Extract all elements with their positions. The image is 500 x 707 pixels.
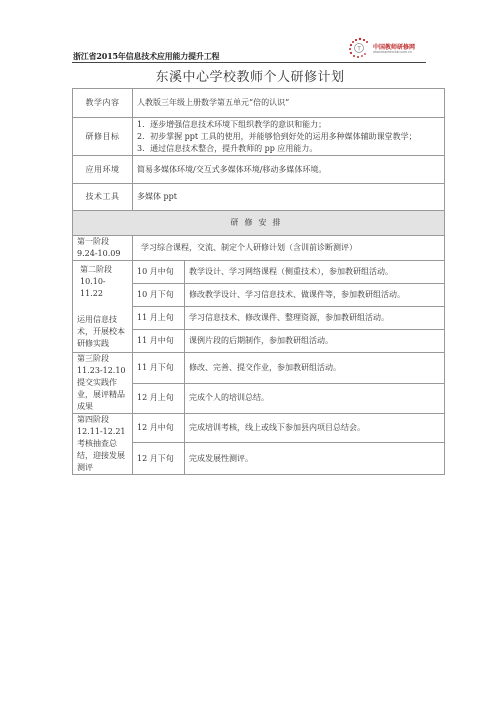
stage-desc: 运用信息技术，开展校本研修实践 — [77, 314, 128, 350]
logo-swirl-icon: T — [347, 37, 373, 59]
period: 10 月下旬 — [133, 284, 185, 307]
period: 12 月中旬 — [133, 414, 185, 443]
stage-dates: 10.10-11.22 — [77, 276, 128, 300]
activity: 修改教学设计、学习信息技术、做课件等，参加教研组活动。 — [185, 284, 445, 307]
stage-4-cell: 第四阶段 12.11-12.21 考核抽查总结，迎接发展测评 — [73, 414, 133, 475]
activity: 完成个人的培训总结。 — [185, 383, 445, 414]
header-project-name: 浙江省2015年信息技术应用能力提升工程 — [73, 51, 219, 62]
stage-name: 第二阶段 — [77, 264, 128, 276]
label-tools: 技术工具 — [73, 184, 133, 211]
stage-2-cell: 第二阶段 10.10-11.22 运用信息技术，开展校本研修实践 — [73, 261, 133, 353]
logo: T 中国教师研修网 www.teacherclub.com.cn — [347, 37, 427, 59]
row-environment: 应用环境 简易多媒体环境/交互式多媒体环境/移动多媒体环境。 — [73, 156, 445, 184]
period: 11 月中旬 — [133, 330, 185, 353]
stage-dates: 12.11-12.21 — [77, 426, 128, 438]
page-title: 东溪中心学校教师个人研修计划 — [0, 66, 500, 85]
stage-dates: 11.23-12.10 — [77, 365, 128, 377]
stage-name: 第一阶段 — [77, 236, 128, 248]
stage-desc: 提交实践作业，展评精品成果 — [77, 377, 128, 413]
goal-item: 2．初步掌握 ppt 工具的使用，并能够恰到好处的运用多种媒体辅助课堂教学； — [137, 131, 440, 143]
activity: 修改、完善、提交作业，参加教研组活动。 — [185, 353, 445, 384]
stage-3-cell: 第三阶段 11.23-12.10 提交实践作业，展评精品成果 — [73, 353, 133, 414]
goal-item: 1．逐步增强信息技术环境下组织教学的意识和能力； — [137, 119, 440, 131]
row-goals: 研修目标 1．逐步增强信息技术环境下组织教学的意识和能力； 2．初步掌握 ppt… — [73, 118, 445, 156]
activity: 学习信息技术、修改课件、整理资源，参加教研组活动。 — [185, 307, 445, 330]
period: 11 月上旬 — [133, 307, 185, 330]
label-environment: 应用环境 — [73, 156, 133, 184]
header-divider — [72, 62, 426, 63]
row-section-header: 研修安排 — [73, 211, 445, 236]
period: 12 月上旬 — [133, 383, 185, 414]
activity: 学习综合课程，交流、制定个人研修计划（含训前诊断测评） — [133, 236, 445, 261]
label-goals: 研修目标 — [73, 118, 133, 156]
period: 12 月下旬 — [133, 443, 185, 475]
period: 11 月下旬 — [133, 353, 185, 384]
stage-row: 第一阶段 9.24-10.09 学习综合课程，交流、制定个人研修计划（含训前诊断… — [73, 236, 445, 261]
plan-table: 教学内容 人教版三年级上册数学第五单元“倍的认识” 研修目标 1．逐步增强信息技… — [72, 88, 445, 475]
label-teaching-content: 教学内容 — [73, 89, 133, 118]
row-teaching-content: 教学内容 人教版三年级上册数学第五单元“倍的认识” — [73, 89, 445, 118]
stage-desc: 考核抽查总结，迎接发展测评 — [77, 438, 128, 474]
logo-url: www.teacherclub.com.cn — [373, 50, 412, 54]
stage-name: 第三阶段 — [77, 353, 128, 365]
activity: 课例片段的后期制作，参加教研组活动。 — [185, 330, 445, 353]
value-teaching-content: 人教版三年级上册数学第五单元“倍的认识” — [133, 89, 445, 118]
schedule-row: 第二阶段 10.10-11.22 运用信息技术，开展校本研修实践 10 月中旬 … — [73, 261, 445, 284]
value-tools: 多媒体 ppt — [133, 184, 445, 211]
stage-dates: 9.24-10.09 — [77, 248, 128, 260]
value-environment: 简易多媒体环境/交互式多媒体环境/移动多媒体环境。 — [133, 156, 445, 184]
activity: 完成培训考核，线上或线下参加县内项目总结会。 — [185, 414, 445, 443]
stage-1-cell: 第一阶段 9.24-10.09 — [73, 236, 133, 261]
section-title: 研修安排 — [73, 211, 445, 236]
schedule-row: 第三阶段 11.23-12.10 提交实践作业，展评精品成果 11 月下旬 修改… — [73, 353, 445, 384]
svg-text:T: T — [356, 46, 361, 53]
period: 10 月中旬 — [133, 261, 185, 284]
schedule-row: 第四阶段 12.11-12.21 考核抽查总结，迎接发展测评 12 月中旬 完成… — [73, 414, 445, 443]
activity: 教学设计、学习网络课程（侧重技术），参加教研组活动。 — [185, 261, 445, 284]
activity: 完成发展性测评。 — [185, 443, 445, 475]
row-tools: 技术工具 多媒体 ppt — [73, 184, 445, 211]
goal-item: 3．通过信息技术整合，提升教师的 pp 应用能力。 — [137, 143, 440, 155]
value-goals: 1．逐步增强信息技术环境下组织教学的意识和能力； 2．初步掌握 ppt 工具的使… — [133, 118, 445, 156]
stage-name: 第四阶段 — [77, 414, 128, 426]
